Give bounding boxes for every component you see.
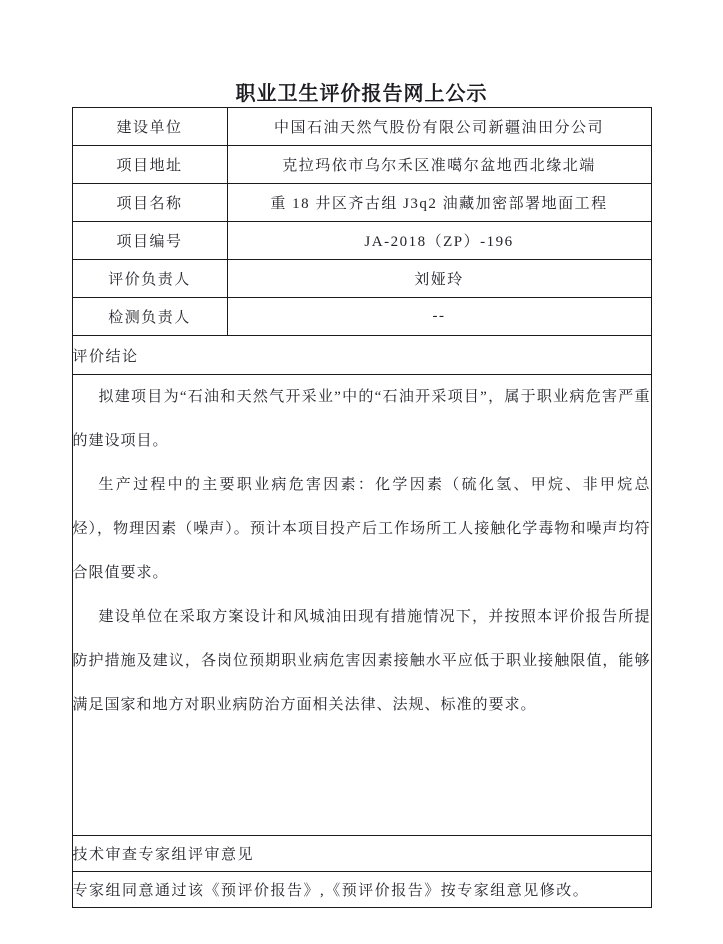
table-row-testing-leader: 检测负责人 -- bbox=[72, 298, 651, 336]
table-row-review-opinion: 专家组同意通过该《预评价报告》,《预评价报告》按专家组意见修改。 bbox=[72, 872, 651, 908]
row-value: JA-2018（ZP）-196 bbox=[227, 222, 651, 260]
table-row-conclusion-header: 评价结论 bbox=[72, 336, 651, 375]
row-label: 项目地址 bbox=[72, 146, 227, 184]
conclusion-paragraph-3: 建设单位在采取方案设计和风城油田现有措施情况下，并按照本评价报告所提防护措施及建… bbox=[73, 595, 651, 727]
table-row-review-header: 技术审查专家组评审意见 bbox=[72, 836, 651, 872]
conclusion-header-label: 评价结论 bbox=[72, 336, 651, 375]
table-row-project-name: 项目名称 重 18 井区齐古组 J3q2 油藏加密部署地面工程 bbox=[72, 184, 651, 222]
table-row-construction-unit: 建设单位 中国石油天然气股份有限公司新疆油田分公司 bbox=[72, 108, 651, 146]
page-title: 职业卫生评价报告网上公示 bbox=[0, 81, 723, 107]
table-row-project-address: 项目地址 克拉玛依市乌尔禾区准噶尔盆地西北缘北端 bbox=[72, 146, 651, 184]
table-row-evaluation-leader: 评价负责人 刘娅玲 bbox=[72, 260, 651, 298]
conclusion-paragraph-1: 拟建项目为“石油和天然气开采业”中的“石油开采项目”，属于职业病危害严重的建设项… bbox=[73, 375, 651, 463]
conclusion-body-cell: 拟建项目为“石油和天然气开采业”中的“石油开采项目”，属于职业病危害严重的建设项… bbox=[72, 375, 651, 836]
table-row-project-number: 项目编号 JA-2018（ZP）-196 bbox=[72, 222, 651, 260]
review-opinion-text: 专家组同意通过该《预评价报告》,《预评价报告》按专家组意见修改。 bbox=[72, 872, 651, 908]
row-label: 项目名称 bbox=[72, 184, 227, 222]
row-label: 项目编号 bbox=[72, 222, 227, 260]
notice-table: 建设单位 中国石油天然气股份有限公司新疆油田分公司 项目地址 克拉玛依市乌尔禾区… bbox=[72, 107, 652, 908]
table-row-conclusion-body: 拟建项目为“石油和天然气开采业”中的“石油开采项目”，属于职业病危害严重的建设项… bbox=[72, 375, 651, 836]
document-page: 职业卫生评价报告网上公示 建设单位 中国石油天然气股份有限公司新疆油田分公司 项… bbox=[0, 0, 723, 944]
row-value: -- bbox=[227, 298, 651, 336]
conclusion-paragraph-2: 生产过程中的主要职业病危害因素：化学因素（硫化氢、甲烷、非甲烷总烃），物理因素（… bbox=[73, 463, 651, 595]
row-label: 建设单位 bbox=[72, 108, 227, 146]
row-label: 评价负责人 bbox=[72, 260, 227, 298]
row-value: 克拉玛依市乌尔禾区准噶尔盆地西北缘北端 bbox=[227, 146, 651, 184]
row-value: 重 18 井区齐古组 J3q2 油藏加密部署地面工程 bbox=[227, 184, 651, 222]
row-label: 检测负责人 bbox=[72, 298, 227, 336]
row-value: 中国石油天然气股份有限公司新疆油田分公司 bbox=[227, 108, 651, 146]
row-value: 刘娅玲 bbox=[227, 260, 651, 298]
review-header-label: 技术审查专家组评审意见 bbox=[72, 836, 651, 872]
